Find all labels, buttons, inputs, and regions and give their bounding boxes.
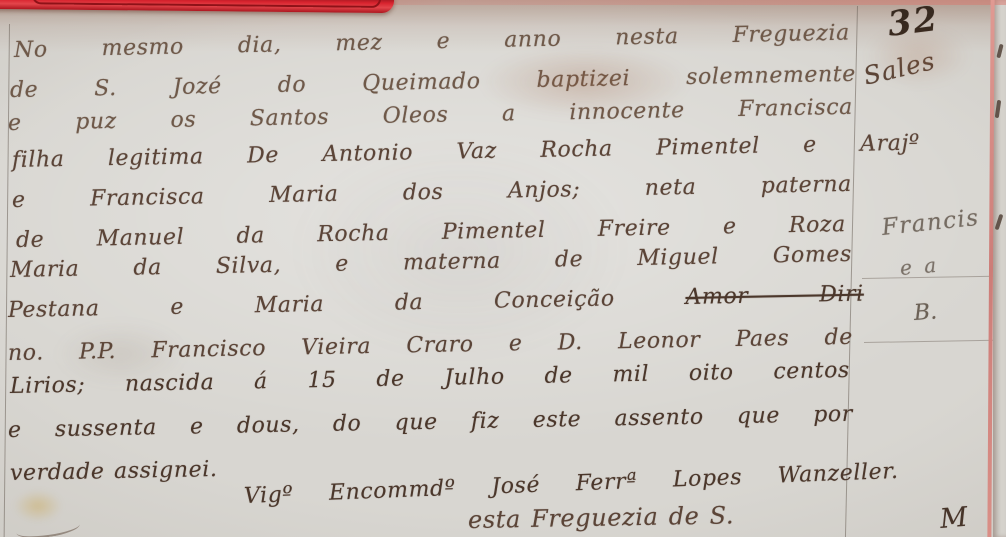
next-page-sliver (993, 0, 1006, 537)
margin-note-sales: Sales (861, 48, 937, 89)
record-line: filha legitima De Antonio Vaz Rocha Pime… (12, 133, 920, 172)
record-line-signature: Vigº Encommdº José Ferrª Lopes Wanzeller… (244, 461, 899, 508)
record-line-text: Pestana e Maria da Conceição (8, 285, 686, 323)
margin-ruled-line-2 (864, 340, 994, 343)
record-line: No mesmo dia, mez e anno nesta Freguezia (14, 22, 850, 62)
margin-note-francis: Francis (881, 207, 981, 240)
page-number: 32 (886, 2, 941, 42)
red-strip (0, 0, 394, 13)
struck-text: Amor Diri (685, 282, 864, 310)
red-strip-border (32, 0, 381, 8)
record-line: e sussenta e dous, do que fiz este assen… (8, 404, 853, 442)
record-line: Lirios; nascida á 15 de Julho de mil oit… (10, 360, 850, 398)
record-line: e puz os Santos Oleos a innocente Franci… (8, 97, 853, 135)
record-line: verdade assignei. (10, 459, 218, 485)
margin-note-b: B. (913, 301, 938, 325)
next-entry-partial-stroke (15, 516, 81, 537)
margin-note-e-a: e a (899, 255, 937, 278)
paper-stain (14, 490, 62, 522)
record-line: Pestana e Maria da Conceição Amor Diri (8, 284, 864, 322)
record-line-next-entry: esta Freguezia de S. (468, 503, 735, 532)
margin-note-m: M (939, 504, 969, 533)
register-page-photo: 32 Sales Francis e a B. M No mesmo dia, … (0, 0, 1006, 537)
record-line: e Francisca Maria dos Anjos; neta patern… (12, 174, 852, 212)
